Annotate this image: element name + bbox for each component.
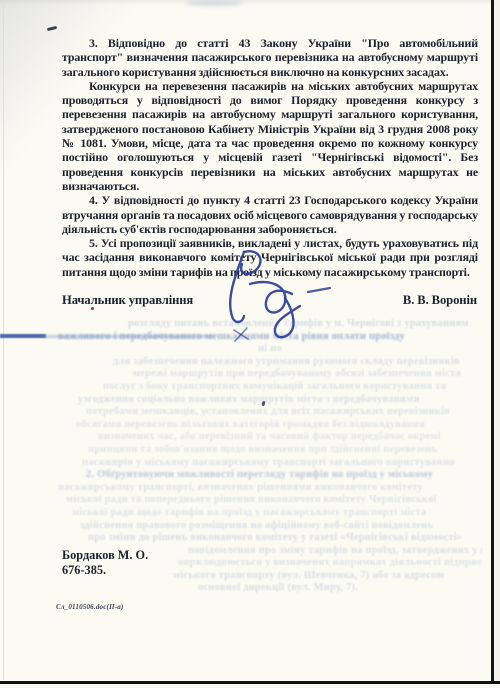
- showthrough-line: визначених час, або перевізний та часови…: [58, 431, 482, 444]
- executor-contact: Бордаков М. О. 676-385.: [62, 548, 148, 578]
- scan-edge-left: [3, 0, 4, 680]
- scan-ink-streak: [0, 334, 46, 338]
- showthrough-line: про зміни до рішень виконавчого комітету…: [58, 532, 482, 545]
- showthrough-line: 2. Обґрунтовуючи можливості перегляду та…: [58, 469, 482, 482]
- showthrough-line: узгодження соціально важливих маршрутів …: [58, 394, 482, 407]
- handwritten-signature: [198, 244, 348, 348]
- showthrough-line: міської ради та попереднього рішення вик…: [58, 494, 482, 507]
- scanned-document-page: розгляду питань встановлення тарифів у м…: [0, 0, 500, 688]
- executor-phone: 676-385.: [62, 563, 148, 578]
- showthrough-line: пасажирському транспорті, визначених ріш…: [58, 482, 482, 495]
- executor-name: Бордаков М. О.: [62, 548, 148, 563]
- showthrough-line: основної дирекції (вул. Миру, 7).: [58, 582, 482, 595]
- file-reference-note: Сл_0110506.doc(П-а): [56, 603, 123, 611]
- showthrough-line: здійснення правового розміщення на офіці…: [58, 520, 482, 533]
- scan-edge-right: [491, 0, 494, 684]
- scan-edge-right-outer: [494, 0, 500, 688]
- showthrough-line: мережі маршрутів при передбачуваному обс…: [58, 368, 482, 381]
- showthrough-line: для забезпечення належного утримання рух…: [58, 356, 482, 369]
- signer-position-title: Начальник управління: [62, 293, 193, 308]
- showthrough-line: міської ради щодо тарифів на проїзд у па…: [58, 507, 482, 520]
- body-paragraph-konkursy: Конкурси на перевезення пасажирів на міс…: [62, 79, 478, 193]
- showthrough-line: потребами мешканців, установлених для вс…: [58, 406, 482, 419]
- body-paragraph-4: 4. У відповідності до пункту 4 статті 23…: [62, 193, 478, 236]
- showthrough-line: пасажирів у міському пасажирському транс…: [58, 457, 482, 470]
- document-body: 3. Відповідно до статті 43 Закону Україн…: [62, 36, 478, 279]
- scan-smudge-top: [185, 0, 243, 6]
- signer-name: В. В. Воронін: [403, 293, 477, 308]
- body-paragraph-3: 3. Відповідно до статті 43 Закону Україн…: [62, 36, 478, 79]
- showthrough-line: послуг з боку транспортних комунікацій з…: [58, 381, 482, 394]
- scan-speck: [47, 26, 57, 31]
- showthrough-line: принципи та зобов'язання щодо визначення…: [58, 444, 482, 457]
- showthrough-line: обсягами перевезень пільгових категорій …: [58, 419, 482, 432]
- scan-edge-bottom-outer: [0, 684, 500, 688]
